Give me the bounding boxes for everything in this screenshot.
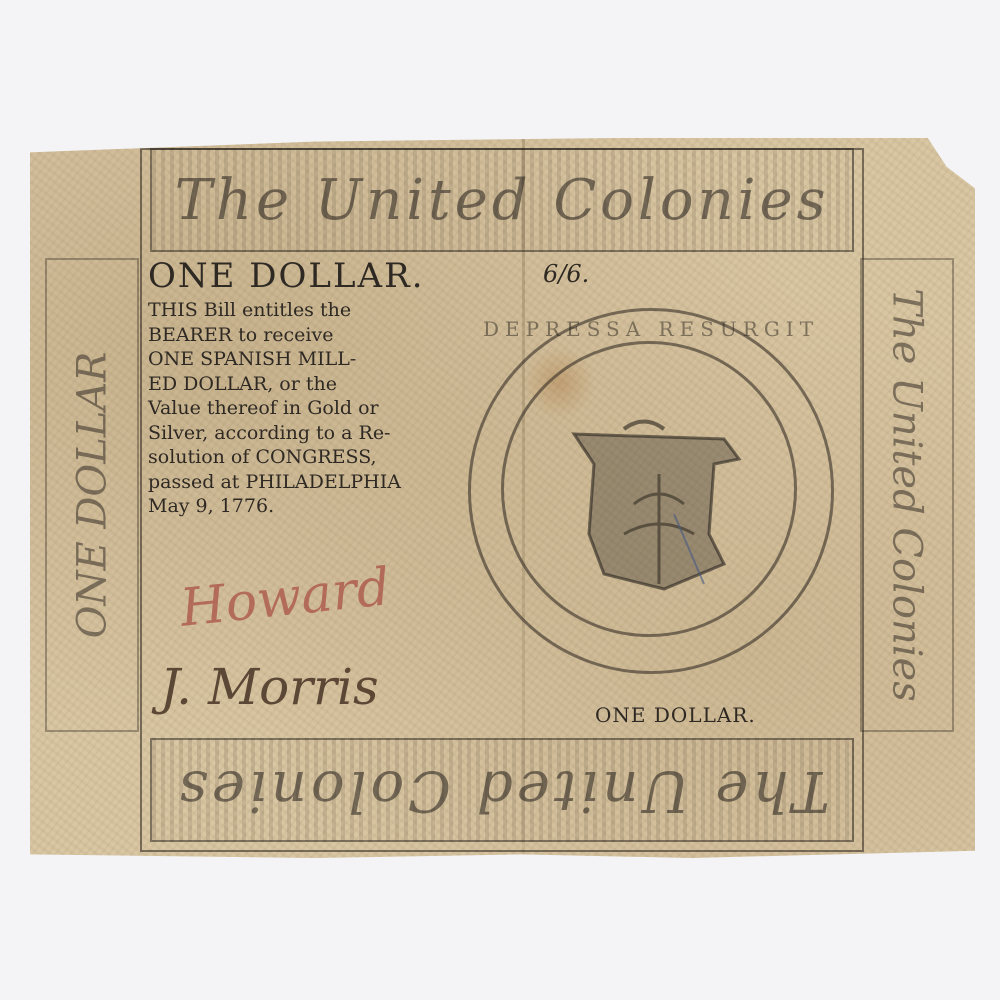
left-border-text: ONE DOLLAR (69, 352, 115, 639)
obligation-line: ONE SPANISH MILL- (148, 347, 468, 372)
obligation-line: BEARER to receive (148, 323, 468, 348)
continental-currency-note: The United Colonies ONE DOLLAR The Unite… (30, 138, 975, 858)
right-border-panel: The United Colonies (860, 258, 954, 732)
footer-script: The United Colonies (175, 758, 830, 823)
obligation-text: THIS Bill entitles the BEARER to receive… (148, 298, 468, 519)
denomination-bottom: ONE DOLLAR. (595, 703, 756, 727)
footer-band: The United Colonies (150, 738, 854, 842)
obligation-line: May 9, 1776. (148, 494, 468, 519)
header-band: The United Colonies (150, 148, 854, 252)
seal-motto: DEPRESSA RESURGIT (471, 317, 831, 341)
obligation-line: Silver, according to a Re- (148, 421, 468, 446)
serial-number: 6/6. (543, 260, 589, 288)
left-border-panel: ONE DOLLAR (45, 258, 139, 732)
denomination-top: ONE DOLLAR. (148, 256, 425, 296)
signature-brown: J. Morris (160, 658, 379, 716)
seal-emblem: DEPRESSA RESURGIT (468, 308, 834, 674)
obligation-line: passed at PHILADELPHIA (148, 470, 468, 495)
obligation-line: ED DOLLAR, or the (148, 372, 468, 397)
plant-emblem-icon (564, 414, 754, 604)
header-script: The United Colonies (175, 168, 830, 233)
obligation-line: Value thereof in Gold or (148, 396, 468, 421)
obligation-line: solution of CONGRESS, (148, 445, 468, 470)
obligation-line: THIS Bill entitles the (148, 298, 468, 323)
seal-inner-ring (501, 341, 797, 637)
right-border-text: The United Colonies (884, 288, 930, 701)
